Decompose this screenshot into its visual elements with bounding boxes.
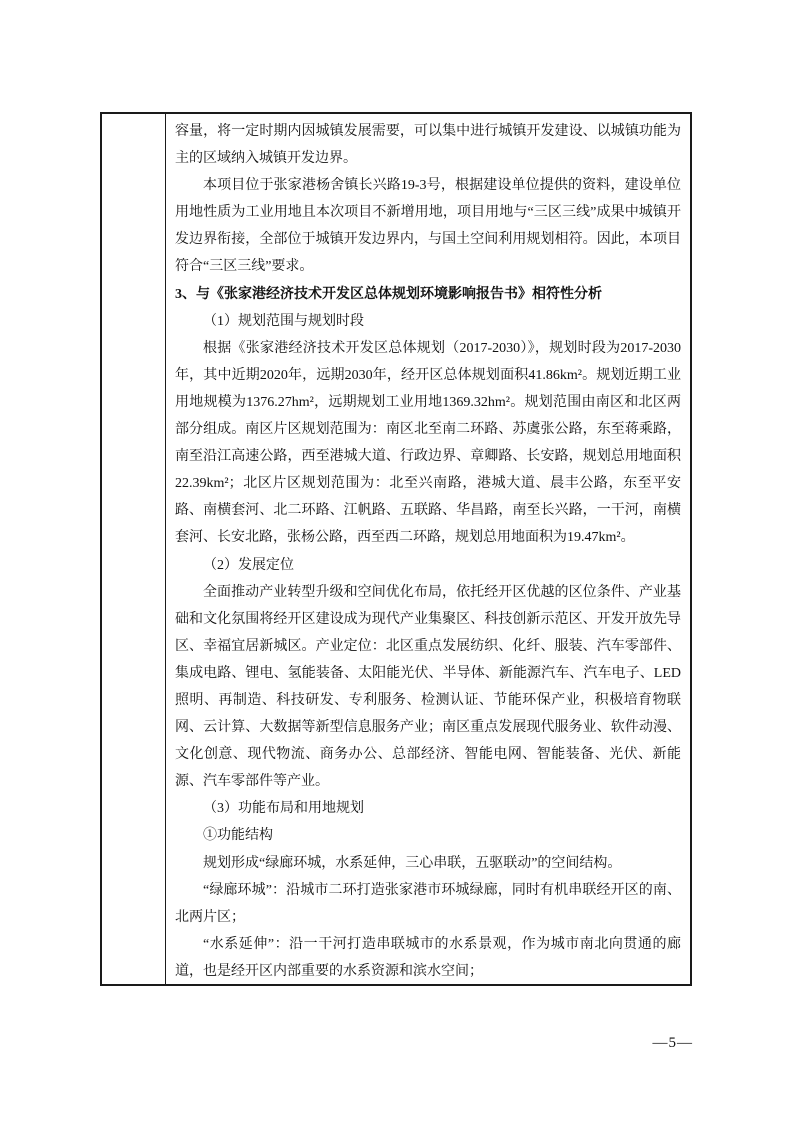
subitem-label: ①功能结构 [175, 822, 681, 849]
paragraph: “水系延伸”：沿一干河打造串联城市的水系景观，作为城市南北向贯通的廊道，也是经开… [175, 931, 681, 984]
paragraph: 本项目位于张家港杨舍镇长兴路19-3号，根据建设单位提供的资料，建设单位用地性质… [175, 172, 681, 280]
page-number: —5— [0, 1035, 693, 1052]
paragraph-continuation: 容量，将一定时期内因城镇发展需要，可以集中进行城镇开发建设、以城镇功能为主的区域… [175, 118, 681, 172]
paragraph: 根据《张家港经济技术开发区总体规划（2017-2030）》，规划时段为2017-… [175, 335, 681, 552]
subsection-label: （3）功能布局和用地规划 [175, 795, 681, 822]
table-main-cell: 容量，将一定时期内因城镇发展需要，可以集中进行城镇开发建设、以城镇功能为主的区域… [166, 114, 690, 984]
table-side-cell [102, 114, 166, 984]
subsection-label: （1）规划范围与规划时段 [175, 308, 681, 335]
paragraph: 规划形成“绿廊环城，水系延伸，三心串联，五驱联动”的空间结构。 [175, 850, 681, 877]
paragraph: “绿廊环城”：沿城市二环打造张家港市环城绿廊，同时有机串联经开区的南、北两片区； [175, 877, 681, 931]
subsection-label: （2）发展定位 [175, 552, 681, 579]
document-page: 容量，将一定时期内因城镇发展需要，可以集中进行城镇开发建设、以城镇功能为主的区域… [0, 0, 793, 1122]
section-heading: 3、与《张家港经济技术开发区总体规划环境影响报告书》相符性分析 [175, 281, 681, 308]
report-table: 容量，将一定时期内因城镇发展需要，可以集中进行城镇开发建设、以城镇功能为主的区域… [100, 112, 692, 986]
paragraph: 全面推动产业转型升级和空间优化布局，依托经开区优越的区位条件、产业基础和文化氛围… [175, 579, 681, 796]
